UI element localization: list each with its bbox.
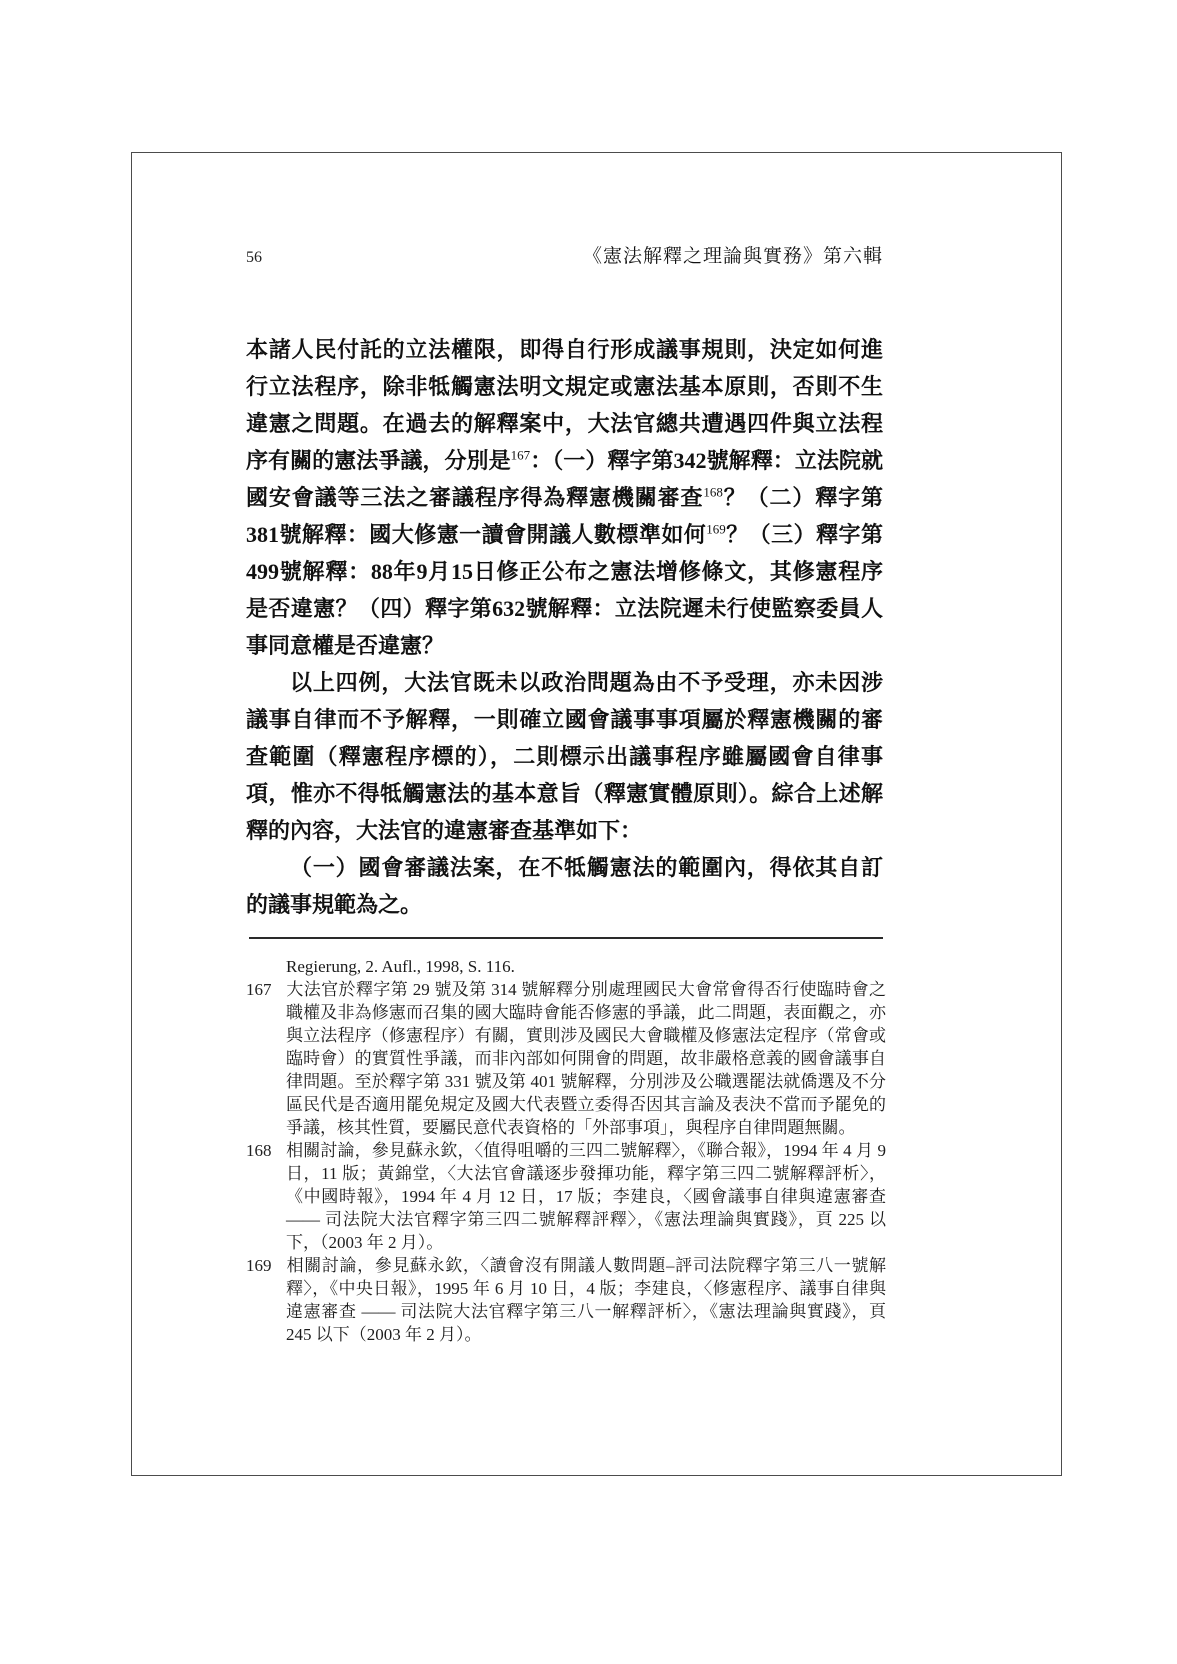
- footnote-item-167: 167大法官於釋字第 29 號及第 314 號解釋分別處理國民大會常會得否行使臨…: [246, 978, 886, 1139]
- footnote-text: 相關討論，參見蘇永欽，〈讀會沒有開議人數問題–評司法院釋字第三八一號解釋〉，《中…: [286, 1256, 886, 1344]
- footnote-ref-169: 169: [706, 522, 726, 537]
- footnote-number: 167: [246, 978, 286, 1001]
- paragraph-2: 以上四例，大法官既未以政治問題為由不予受理，亦未因涉議事自律而不予解釋，一則確立…: [246, 664, 883, 849]
- body-text: 本諸人民付託的立法權限，即得自行形成議事規則，決定如何進行立法程序，除非牴觸憲法…: [246, 331, 883, 923]
- paragraph-1: 本諸人民付託的立法權限，即得自行形成議事規則，決定如何進行立法程序，除非牴觸憲法…: [246, 331, 883, 664]
- footnote-item-169: 169相關討論，參見蘇永欽，〈讀會沒有開議人數問題–評司法院釋字第三八一號解釋〉…: [246, 1254, 886, 1346]
- footnote-item-168: 168相關討論，參見蘇永欽，〈值得咀嚼的三四二號解釋〉，《聯合報》，1994 年…: [246, 1139, 886, 1254]
- footnote-ref-167: 167: [511, 448, 531, 463]
- footnote-text: 相關討論，參見蘇永欽，〈值得咀嚼的三四二號解釋〉，《聯合報》，1994 年 4 …: [286, 1141, 886, 1252]
- footnote-number: 168: [246, 1139, 286, 1162]
- page-header: 56 《憲法解釋之理論與實務》第六輯: [246, 241, 883, 268]
- footnote-continuation: Regierung, 2. Aufl., 1998, S. 116.: [246, 955, 886, 978]
- document-canvas: 56 《憲法解釋之理論與實務》第六輯 本諸人民付託的立法權限，即得自行形成議事規…: [0, 0, 1177, 1664]
- footnote-text: 大法官於釋字第 29 號及第 314 號解釋分別處理國民大會常會得否行使臨時會之…: [286, 980, 886, 1137]
- running-header: 《憲法解釋之理論與實務》第六輯: [583, 241, 883, 268]
- page-number: 56: [246, 249, 262, 267]
- paragraph-3: （一）國會審議法案，在不牴觸憲法的範圍內，得依其自訂的議事規範為之。: [246, 849, 883, 923]
- footnote-number: 169: [246, 1254, 286, 1277]
- footnote-ref-168: 168: [703, 485, 723, 500]
- page-sheet: 56 《憲法解釋之理論與實務》第六輯 本諸人民付託的立法權限，即得自行形成議事規…: [131, 152, 1062, 1476]
- footnote-divider: [249, 937, 883, 939]
- footnotes-section: Regierung, 2. Aufl., 1998, S. 116. 167大法…: [246, 955, 886, 1346]
